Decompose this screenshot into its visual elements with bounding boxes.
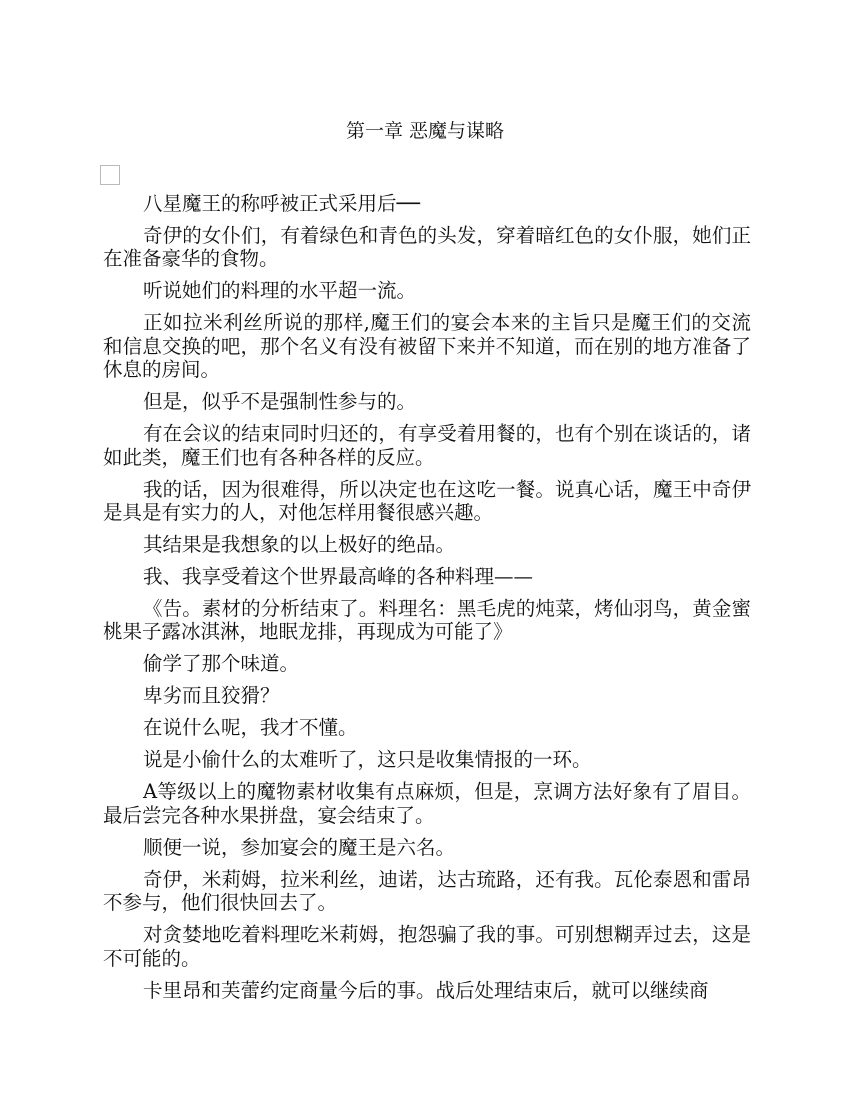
paragraph: 八星魔王的称呼被正式采用后── [103,192,751,215]
chapter-title: 第一章 恶魔与谋略 [0,119,850,143]
paragraph: 我、我享受着这个世界最高峰的各种料理—— [103,565,751,588]
paragraph: 但是，似乎不是强制性参与的。 [103,390,751,413]
document-page: 第一章 恶魔与谋略 八星魔王的称呼被正式采用后── 奇伊的女仆们，有着绿色和青色… [0,0,850,1100]
paragraph: 听说她们的料理的水平超一流。 [103,279,751,302]
paragraph: 奇伊的女仆们，有着绿色和青色的头发，穿着暗红色的女仆服，她们正在准备豪华的食物。 [103,224,751,271]
paragraph: A等级以上的魔物素材收集有点麻烦，但是，烹调方法好象有了眉目。最后尝完各种水果拼… [103,780,751,827]
paragraph: 有在会议的结束同时归还的，有享受着用餐的，也有个别在谈话的，诸如此类，魔王们也有… [103,422,751,469]
paragraph: 说是小偷什么的太难听了，这只是收集情报的一环。 [103,748,751,771]
paragraph: 偷学了那个味道。 [103,652,751,675]
paragraph: 对贪婪地吃着料理吃米莉姆，抱怨骗了我的事。可别想糊弄过去，这是不可能的。 [103,923,751,970]
paragraph: 顺便一说，参加宴会的魔王是六名。 [103,836,751,859]
paragraph: 卑劣而且狡猾？ [103,684,751,707]
paragraph: 其结果是我想象的以上极好的绝品。 [103,533,751,556]
paragraph: 卡里昂和芙蕾约定商量今后的事。战后处理结束后，就可以继续商 [103,979,751,1002]
paragraph: 我的话，因为很难得，所以决定也在这吃一餐。说真心话，魔王中奇伊是具是有实力的人，… [103,478,751,525]
broken-image-icon [100,165,120,185]
body-text: 八星魔王的称呼被正式采用后── 奇伊的女仆们，有着绿色和青色的头发，穿着暗红色的… [103,192,751,1011]
paragraph: 《告。素材的分析结束了。料理名：黑毛虎的炖菜，烤仙羽鸟，黄金蜜桃果子露冰淇淋，地… [103,597,751,644]
paragraph: 在说什么呢，我才不懂。 [103,716,751,739]
paragraph: 奇伊，米莉姆，拉米利丝，迪诺，达古琉路，还有我。瓦伦泰恩和雷昂不参与，他们很快回… [103,868,751,915]
paragraph: 正如拉米利丝所说的那样,魔王们的宴会本来的主旨只是魔王们的交流和信息交换的吧，那… [103,311,751,381]
